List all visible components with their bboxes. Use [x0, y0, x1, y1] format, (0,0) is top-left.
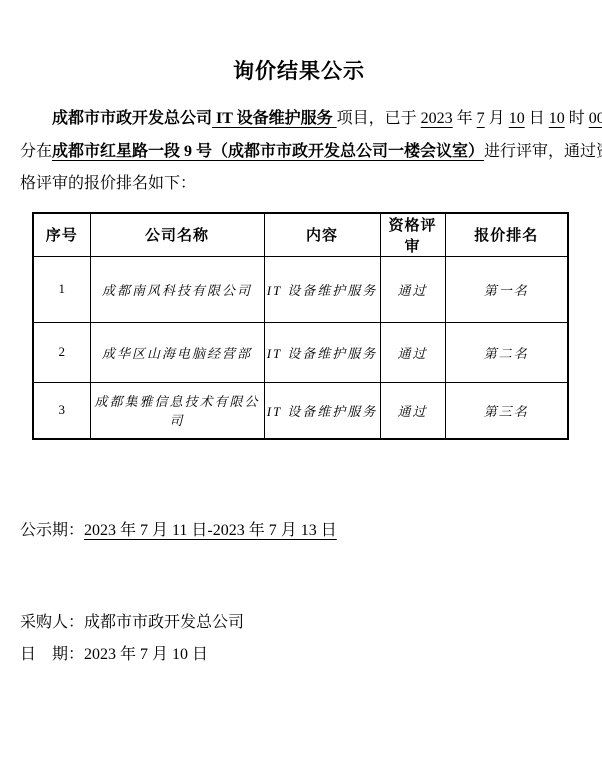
intro-text: 进行评审，通过资: [484, 143, 602, 160]
purchaser-line: 采购人：成都市市政开发总公司: [20, 607, 578, 639]
cell-company: 成都南风科技有限公司: [90, 256, 264, 322]
purchaser-value: 成都市市政开发总公司: [84, 614, 244, 631]
header-cell-review: 资格评审: [380, 213, 445, 257]
header-cell-rank: 报价排名: [445, 213, 568, 257]
intro-line-3: 格评审的报价排名如下：: [20, 168, 578, 201]
header-cell-content: 内容: [264, 213, 380, 257]
cell-seq: 2: [33, 322, 90, 382]
cell-rank: 第二名: [445, 322, 568, 382]
cell-content: IT 设备维护服务: [264, 322, 380, 382]
date-line: 日 期：2023 年 7 月 10 日: [20, 639, 578, 671]
date-label: 日 期：: [20, 646, 84, 663]
cell-rank: 第一名: [445, 256, 568, 322]
document-title: 询价结果公示: [20, 57, 578, 85]
intro-text: 月: [485, 110, 509, 127]
cell-seq: 1: [33, 256, 90, 322]
review-day: 10: [509, 110, 525, 127]
intro-text: 时: [565, 110, 589, 127]
review-minute: 00: [589, 110, 602, 127]
intro-line-2: 分在成都市红星路一段 9 号（成都市市政开发总公司一楼会议室）进行评审，通过资: [20, 136, 578, 169]
publicity-period-line: 公示期：2023 年 7 月 11 日-2023 年 7 月 13 日: [20, 515, 578, 547]
review-hour: 10: [549, 110, 565, 127]
cell-seq: 3: [33, 382, 90, 439]
date-value: 2023 年 7 月 10 日: [84, 646, 208, 663]
table-header-row: 序号 公司名称 内容 资格评审 报价排名: [33, 213, 568, 257]
intro-line-1: 成都市市政开发总公司 IT 设备维护服务 项目，已于 2023 年 7 月 10…: [20, 103, 578, 136]
review-month: 7: [477, 110, 485, 127]
intro-text: 分在: [20, 143, 52, 160]
table-row: 3 成都集雅信息技术有限公司 IT 设备维护服务 通过 第三名: [33, 382, 568, 439]
table-row: 1 成都南风科技有限公司 IT 设备维护服务 通过 第一名: [33, 256, 568, 322]
project-name-underlined: IT 设备维护服务: [212, 110, 337, 127]
purchaser-name-bold: 成都市市政开发总公司: [52, 110, 212, 127]
cell-company: 成华区山海电脑经营部: [90, 322, 264, 382]
cell-company: 成都集雅信息技术有限公司: [90, 382, 264, 439]
intro-text: 日: [525, 110, 549, 127]
cell-content: IT 设备维护服务: [264, 256, 380, 322]
cell-review: 通过: [380, 256, 445, 322]
publicity-period-value: 2023 年 7 月 11 日-2023 年 7 月 13 日: [84, 522, 337, 539]
header-cell-seq: 序号: [33, 213, 90, 257]
cell-content: IT 设备维护服务: [264, 382, 380, 439]
intro-text: 格评审的报价排名如下：: [20, 175, 196, 192]
document-page: 询价结果公示 成都市市政开发总公司 IT 设备维护服务 项目，已于 2023 年…: [0, 0, 602, 771]
cell-review: 通过: [380, 322, 445, 382]
review-year: 2023: [421, 110, 453, 127]
cell-review: 通过: [380, 382, 445, 439]
review-location-underlined: 成都市红星路一段 9 号（成都市市政开发总公司一楼会议室）: [52, 143, 484, 160]
intro-text: 项目，已于: [337, 110, 421, 127]
results-table: 序号 公司名称 内容 资格评审 报价排名 1 成都南风科技有限公司 IT 设备维…: [32, 212, 569, 441]
table-row: 2 成华区山海电脑经营部 IT 设备维护服务 通过 第二名: [33, 322, 568, 382]
publicity-period-label: 公示期：: [20, 522, 84, 539]
purchaser-label: 采购人：: [20, 614, 84, 631]
intro-paragraph: 成都市市政开发总公司 IT 设备维护服务 项目，已于 2023 年 7 月 10…: [20, 103, 578, 201]
cell-rank: 第三名: [445, 382, 568, 439]
header-cell-company: 公司名称: [90, 213, 264, 257]
intro-text: 年: [453, 110, 477, 127]
